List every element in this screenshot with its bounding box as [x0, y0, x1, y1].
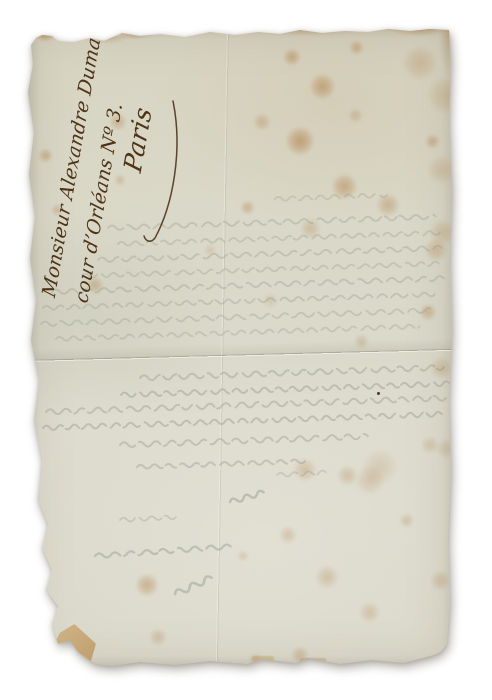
- letter-sheet: Monsieur Alexandre Dumas, cour d’Orléans…: [26, 26, 454, 670]
- letter-sheet-wrapper: Monsieur Alexandre Dumas, cour d’Orléans…: [0, 0, 492, 700]
- edge-nick: [38, 578, 46, 604]
- photo-backdrop: Monsieur Alexandre Dumas, cour d’Orléans…: [0, 0, 492, 700]
